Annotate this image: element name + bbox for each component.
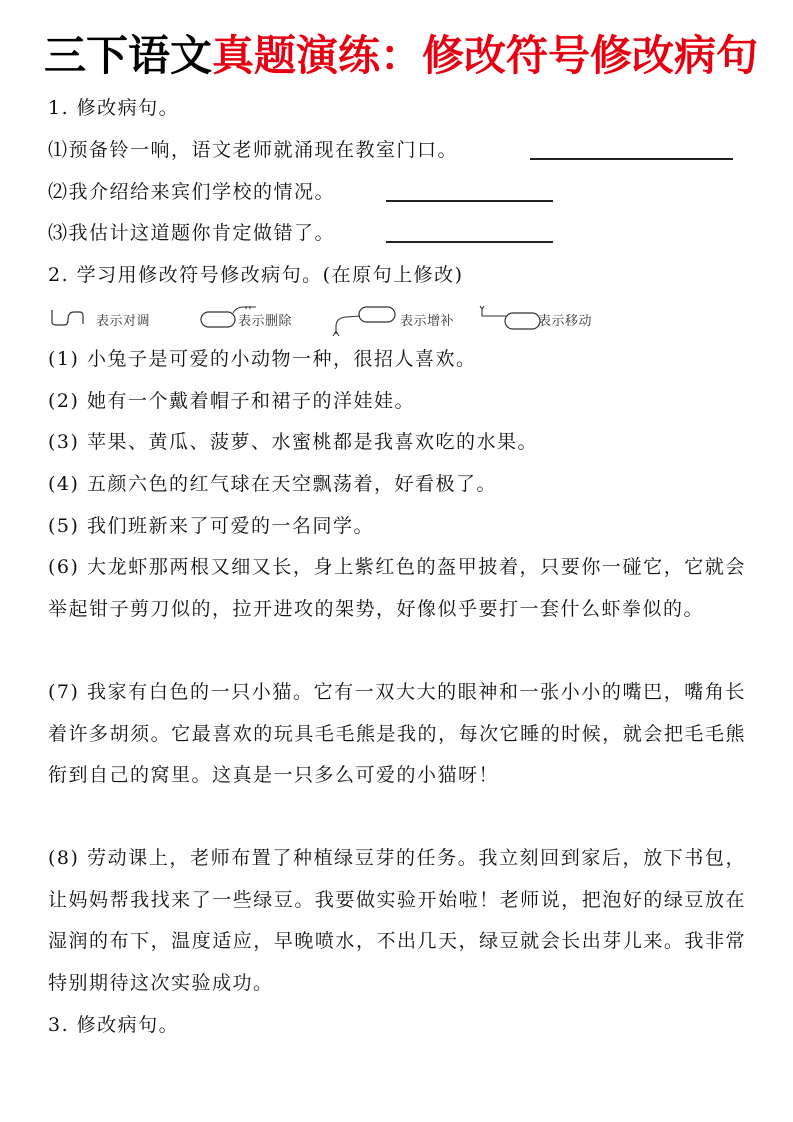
answer-line-1[interactable] bbox=[530, 158, 733, 160]
legend-move-label: 表示移动 bbox=[538, 310, 592, 329]
section1-item-2: ⑵我介绍给来宾们学校的情况。 bbox=[48, 172, 335, 213]
section1-heading: 1. 修改病句。 bbox=[48, 88, 179, 129]
section2-item-7: (7) 我家有白色的一只小猫。它有一双大大的眼神和一张小小的嘴巴，嘴角长着许多胡… bbox=[48, 672, 746, 797]
legend-delete: 表示删除 bbox=[198, 304, 348, 334]
section1-item-1: ⑴预备铃一响，语文老师就涌现在教室门口。 bbox=[48, 130, 458, 171]
section2-heading: 2. 学习用修改符号修改病句。(在原句上修改) bbox=[48, 255, 464, 296]
section2-item-2: (2) 她有一个戴着帽子和裙子的洋娃娃。 bbox=[48, 381, 415, 422]
section2-item-6: (6) 大龙虾那两根又细又长，身上紫红色的盔甲披着，只要你一碰它，它就会举起钳子… bbox=[48, 547, 746, 630]
section2-item-1: (1) 小兔子是可爱的小动物一种，很招人喜欢。 bbox=[48, 339, 476, 380]
answer-line-2[interactable] bbox=[386, 200, 553, 202]
section2-item-8: (8) 劳动课上，老师布置了种植绿豆芽的任务。我立刻回到家后，放下书包，让妈妈帮… bbox=[48, 838, 746, 1004]
section3-heading: 3. 修改病句。 bbox=[48, 1005, 179, 1046]
move-mark-icon bbox=[478, 304, 542, 334]
section1-item-3: ⑶我估计这道题你肯定做错了。 bbox=[48, 213, 335, 254]
legend-insert-label: 表示增补 bbox=[400, 310, 454, 329]
page-title: 三下语文真题演练：修改符号修改病句 bbox=[44, 28, 754, 84]
title-topic: 真题演练：修改符号修改病句 bbox=[212, 31, 758, 80]
answer-line-3[interactable] bbox=[386, 241, 553, 243]
legend-swap-label: 表示对调 bbox=[96, 310, 150, 329]
section2-item-3: (3) 苹果、黄瓜、菠萝、水蜜桃都是我喜欢吃的水果。 bbox=[48, 422, 538, 463]
section2-item-5: (5) 我们班新来了可爱的一名同学。 bbox=[48, 506, 374, 547]
legend-swap: 表示对调 bbox=[48, 304, 178, 334]
legend-delete-label: 表示删除 bbox=[238, 310, 292, 329]
legend-insert: 表示增补 bbox=[330, 304, 490, 334]
title-grade-subject: 三下语文 bbox=[44, 31, 212, 80]
legend-move: 表示移动 bbox=[478, 304, 648, 334]
insert-mark-icon bbox=[330, 304, 402, 338]
section2-item-4: (4) 五颜六色的红气球在天空飘荡着，好看极了。 bbox=[48, 464, 497, 505]
swap-mark-icon bbox=[48, 304, 98, 334]
correction-marks-legend: 表示对调 表示删除 表示增补 表示移动 bbox=[48, 304, 648, 334]
